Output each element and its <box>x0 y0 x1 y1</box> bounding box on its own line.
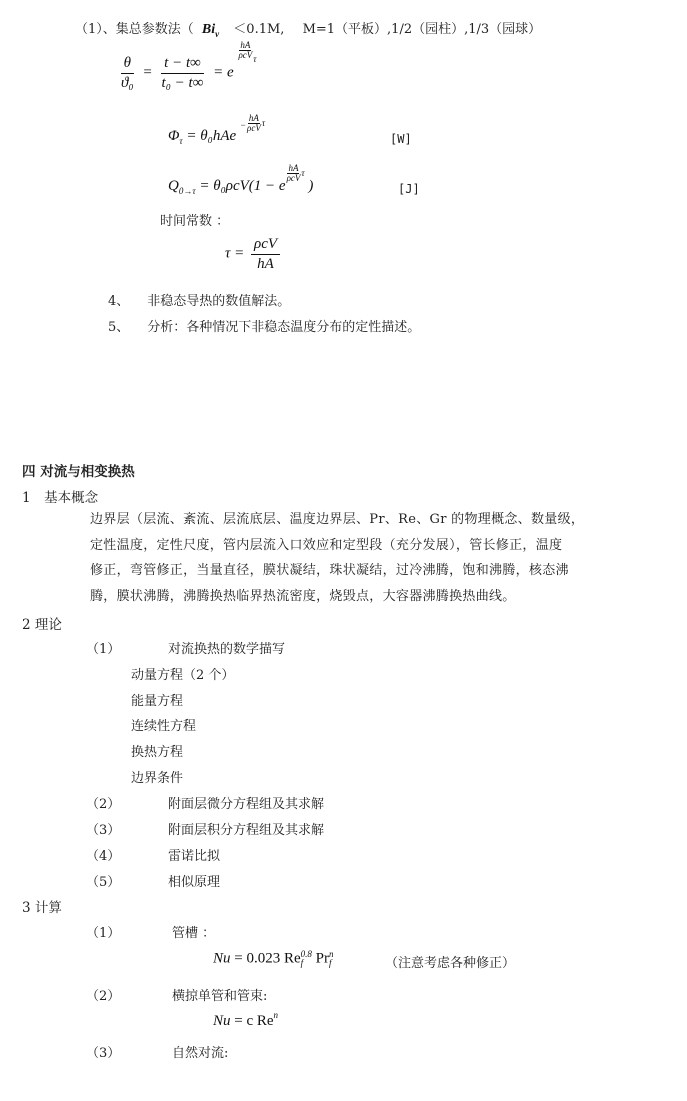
calc-item-1-text: 管槽 ： <box>172 922 215 941</box>
lumped-label: （1）、集总参数法（ <box>75 22 194 37</box>
equation-temperature-ratio: θϑ₀ = t − t∞t₀ − t∞ = e hAρcVτ <box>115 55 257 91</box>
equation-time-constant: τ = ρcVhA <box>225 236 283 272</box>
theory-sub-item: 能量方程 <box>131 690 183 709</box>
theory-sub-item: 连续性方程 <box>131 715 196 734</box>
biot-symbol: Biv <box>202 22 219 37</box>
unit-joule: [J] <box>398 182 420 196</box>
calc-item-2-text: 横掠单管和管束: <box>172 985 267 1004</box>
list-item-4: 4、非稳态导热的数值解法。 <box>108 290 290 309</box>
theory-item-2-num: （2） <box>86 793 120 812</box>
theory-item-4-text: 雷诺比拟 <box>168 845 220 864</box>
theory-heading: 2 理论 <box>22 613 62 633</box>
theory-item-4-num: （4） <box>86 845 120 864</box>
lumped-parameter-heading: （1）、集总参数法（ Biv ＜0.1M, M=1（平板）,1/2（园柱）,1/… <box>75 18 541 39</box>
theory-sub-item: 换热方程 <box>131 741 183 760</box>
basic-concepts-paragraph: 边界层（层流、紊流、层流底层、温度边界层、Pr、Re、Gr 的物理概念、数量级，… <box>90 507 660 609</box>
calc-item-2-num: （2） <box>86 985 120 1004</box>
calculation-heading: 3 计算 <box>22 896 62 916</box>
theory-item-1-text: 对流换热的数学描写 <box>168 638 285 657</box>
calc-item-3-text: 自然对流: <box>172 1042 228 1061</box>
basic-concepts-heading: 1 基本概念 <box>22 486 98 506</box>
theory-item-5-text: 相似原理 <box>168 871 220 890</box>
equation-heat-rate: Φτ = θ₀hAe −hAρcVτ <box>168 128 265 147</box>
theory-item-3-num: （3） <box>86 819 120 838</box>
theory-sub-item: 动量方程（2 个） <box>131 664 234 683</box>
equation-total-heat: Q0→τ = θ₀ρcV(1 − ehAρcVτ ) <box>168 178 313 197</box>
section-title: 四 对流与相变换热 <box>22 460 135 480</box>
equation-cross-flow-nusselt: Nu = c Ren <box>213 1013 278 1030</box>
calc-item-3-num: （3） <box>86 1042 120 1061</box>
theory-item-2-text: 附面层微分方程组及其求解 <box>168 793 324 812</box>
theory-item-5-num: （5） <box>86 871 120 890</box>
list-item-5: 5、分析：各种情况下非稳态温度分布的定性描述。 <box>108 316 420 335</box>
time-constant-label: 时间常数 ： <box>160 210 229 229</box>
theory-item-3-text: 附面层积分方程组及其求解 <box>168 819 324 838</box>
unit-watt: [W] <box>390 132 412 146</box>
m-values: M=1（平板）,1/2（园柱）,1/3（园球） <box>303 22 542 37</box>
theory-item-1-num: （1） <box>86 638 120 657</box>
calc-item-1-num: （1） <box>86 922 120 941</box>
equation-tube-nusselt: Nu = 0.023 Re0.8f Prnf <box>213 950 333 968</box>
theory-sub-item: 边界条件 <box>131 767 183 786</box>
tube-correction-note: （注意考虑各种修正） <box>385 952 515 971</box>
biot-condition: ＜0.1M, <box>233 22 284 37</box>
